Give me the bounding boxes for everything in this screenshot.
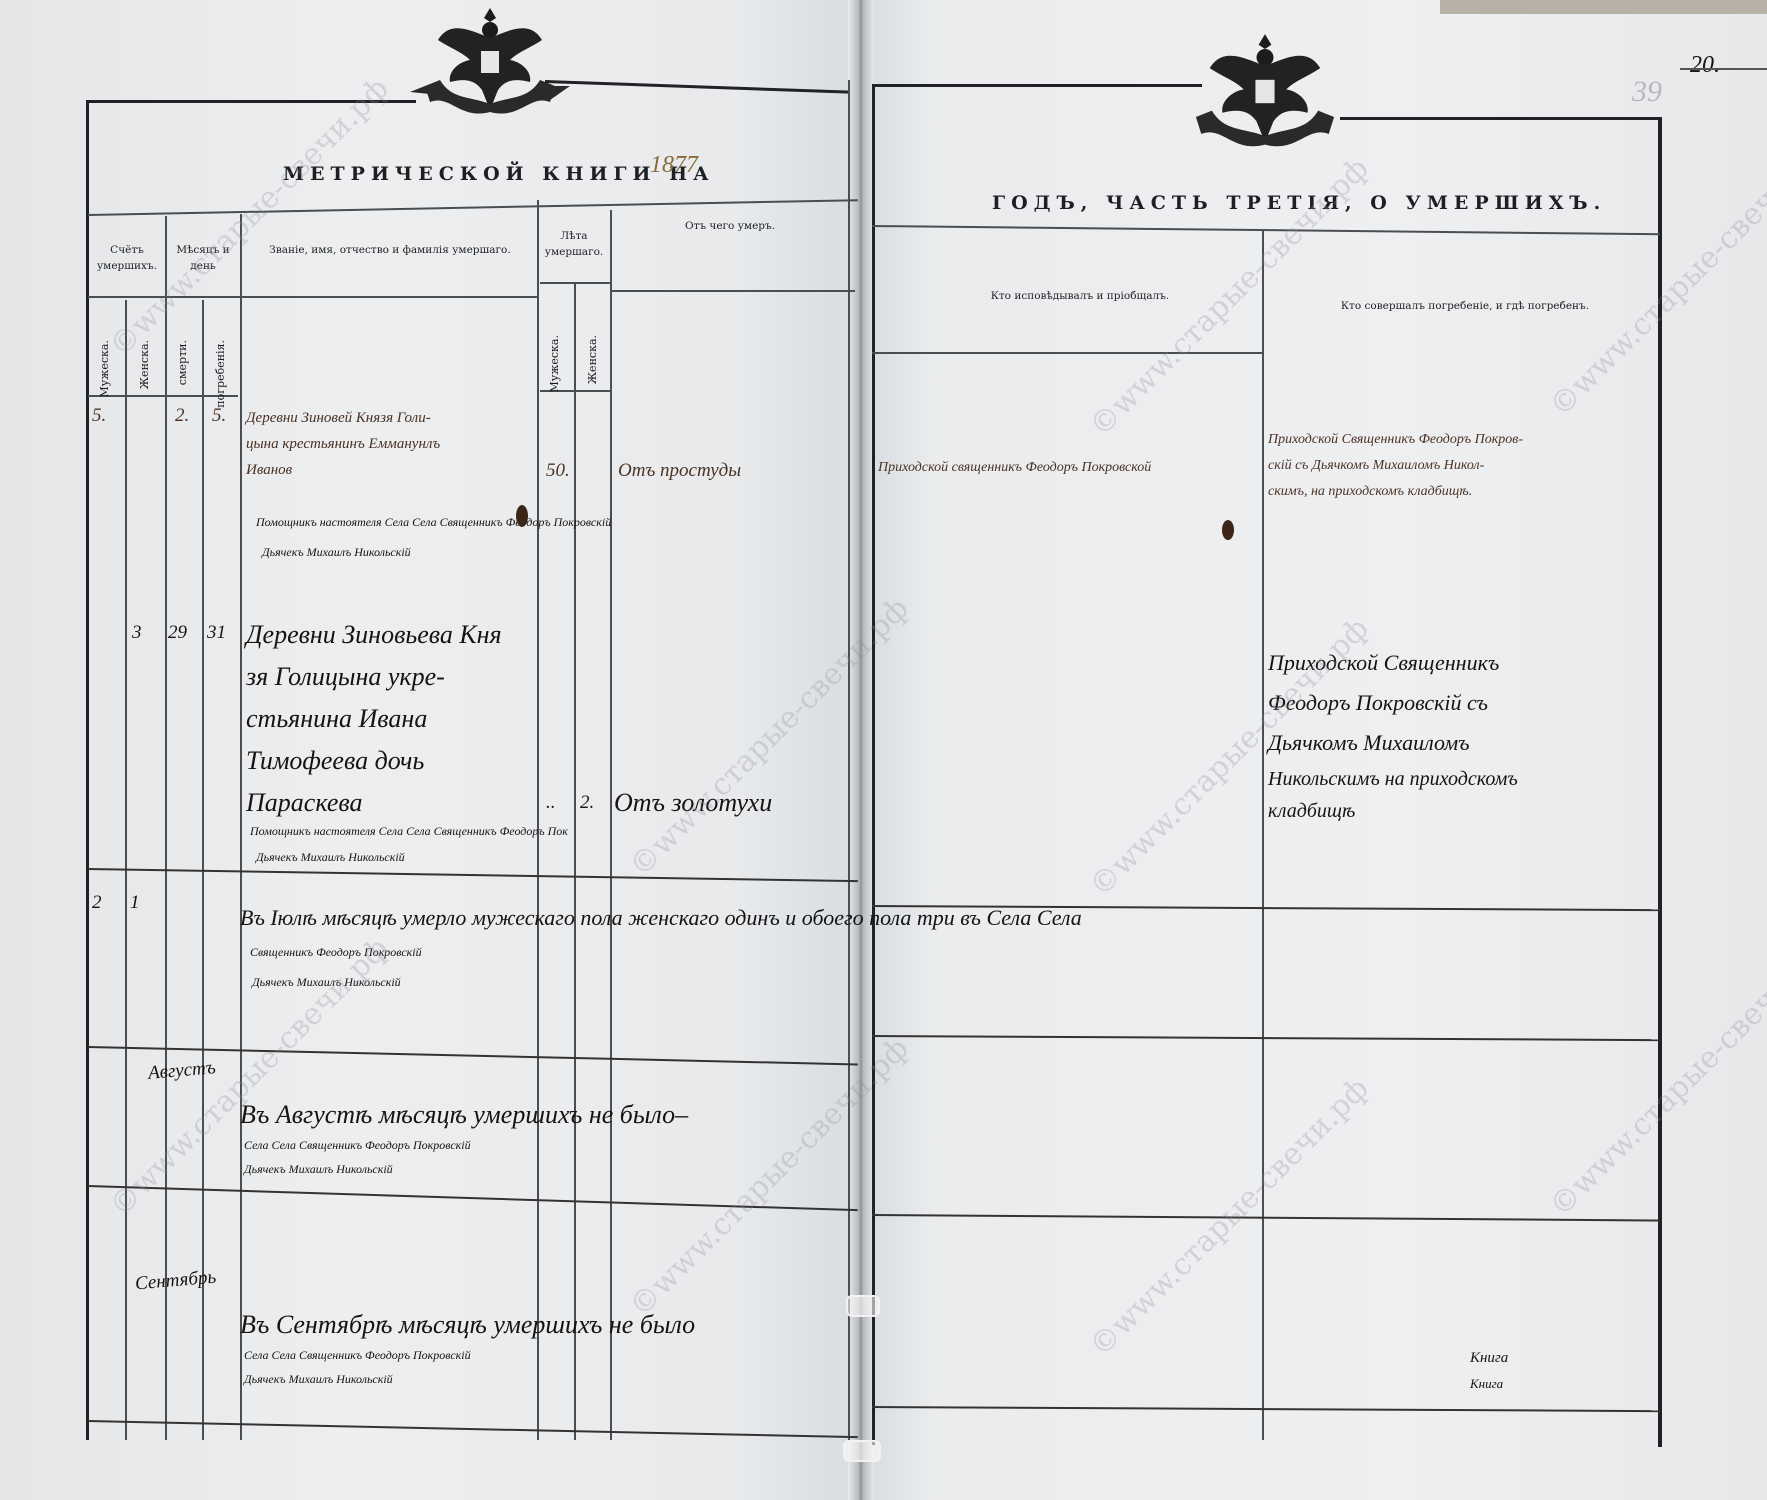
note-line: Дьячекъ Михаилъ Никольскій	[256, 850, 405, 865]
note-line: Дьячекъ Михаилъ Никольскій	[244, 1162, 393, 1177]
year-handwritten: 1877	[650, 152, 698, 179]
subheader-count-female: Женска.	[138, 340, 151, 389]
imperial-eagle-emblem-icon	[410, 0, 570, 140]
burial-by-line: Приходской Священникъ Феодоръ Покров-	[1268, 432, 1523, 448]
subheader-death: смерти.	[176, 340, 189, 385]
col-header-name: Званіе, имя, отчество и фамилія умершаго…	[260, 242, 520, 258]
burial-day: 5.	[212, 405, 226, 427]
name-line: Деревни Зиновей Князя Голи-	[246, 410, 431, 427]
burial-by-line: Никольскимъ на приходскомъ	[1268, 768, 1518, 791]
burial-day: 31	[207, 622, 226, 644]
col-divider	[610, 210, 612, 1440]
note-line: Села Села Священникъ Феодоръ Покровскій	[244, 1138, 471, 1153]
col-header-age: Лѣта умершаго.	[540, 228, 608, 260]
cause-of-death: Отъ простуды	[618, 460, 741, 482]
note-line: Помощникъ настоятеля Села Села Священник…	[256, 515, 611, 530]
name-line: Параскева	[246, 788, 362, 818]
right-page-title: ГОДЪ, ЧАСТЬ ТРЕТІЯ, О УМЕРШИХЪ.	[992, 192, 1606, 214]
right-frame-left-border	[872, 85, 875, 1445]
margin-note: Книга	[1470, 1350, 1508, 1367]
right-frame-right-border	[1658, 117, 1662, 1447]
left-frame-border	[86, 100, 89, 1440]
ink-stain	[516, 505, 528, 527]
summary-text: Въ Сентябрѣ мѣсяцѣ умершихъ не было	[240, 1310, 695, 1340]
note-line: Села Села Священникъ Феодоръ Покровскій	[244, 1348, 471, 1363]
burial-by-line: Приходской Священникъ	[1268, 650, 1499, 676]
right-frame-top-left	[872, 84, 1202, 87]
note-line: Священникъ Феодоръ Покровскій	[250, 945, 422, 960]
burial-by-line: Феодоръ Покровскій съ	[1268, 690, 1488, 716]
col-divider	[165, 216, 167, 1440]
page-edge-strip	[1440, 0, 1767, 14]
header-mid-rule	[88, 296, 538, 298]
summary-text: Въ Августѣ мѣсяцѣ умершихъ не было–	[240, 1100, 688, 1130]
summary-text: Въ Іюлѣ мѣсяцѣ умерло мужескаго пола жен…	[240, 905, 1082, 931]
note-line: Дьячекъ Михаилъ Никольскій	[244, 1372, 393, 1387]
burial-by-line: Дьячкомъ Михаиломъ	[1268, 730, 1470, 756]
left-frame-top	[86, 100, 416, 103]
right-frame-top-right	[1340, 117, 1660, 120]
note-line: Дьячекъ Михаилъ Никольскій	[252, 975, 401, 990]
subheader-count-male: Мужеска.	[98, 340, 111, 397]
count-female: 1	[130, 892, 140, 914]
col-header-burial-by: Кто совершалъ погребеніе, и гдѣ погребен…	[1290, 298, 1640, 314]
book-spine	[848, 0, 874, 1500]
name-line: Деревни Зиновьева Кня	[246, 620, 502, 650]
col-divider	[537, 200, 539, 1440]
page-number: 20.	[1690, 52, 1720, 79]
name-line: зя Голицына укре-	[246, 662, 445, 692]
death-day: 29	[168, 622, 187, 644]
col-header-confessor: Кто исповѣдывалъ и пріобщалъ.	[930, 288, 1230, 304]
burial-by-line: скій съ Дьячкомъ Михаиломъ Никол-	[1268, 458, 1484, 474]
age-female: 2.	[580, 792, 594, 814]
col-header-month-day: Мѣсяцъ и день	[168, 242, 238, 274]
col-divider	[1262, 230, 1264, 1440]
margin-note: Книга	[1470, 1376, 1503, 1392]
count-male: 2	[92, 892, 102, 914]
count-male: 5.	[92, 405, 106, 427]
confessor: Приходской священникъ Феодоръ Покровской	[878, 460, 1151, 476]
col-divider	[574, 284, 576, 1440]
name-line: Тимофеева дочь	[246, 746, 424, 776]
col-divider	[848, 80, 850, 1440]
imperial-eagle-emblem-icon	[1180, 20, 1350, 180]
age-male: ..	[546, 792, 556, 814]
subheader-age-female: Женска.	[586, 335, 599, 384]
binding-thread	[843, 1440, 881, 1462]
subheader-age-male: Мужеска.	[548, 335, 561, 392]
name-line: стьянина Ивана	[246, 704, 427, 734]
subheader-burial: погребенія.	[214, 340, 227, 408]
right-subheader-rule	[872, 352, 1262, 354]
col-header-count: Счётъ умершихъ.	[90, 242, 164, 274]
name-line: цына крестьянинъ Емманунлъ	[246, 436, 440, 453]
name-line: Иванов	[246, 462, 292, 479]
ink-stain	[1222, 520, 1234, 540]
col-header-cause: Отъ чего умеръ.	[640, 218, 820, 234]
note-line: Помощникъ настоятеля Села Села Священник…	[250, 824, 568, 839]
burial-by-line: кладбищѣ	[1268, 800, 1355, 823]
cause-header-rule	[610, 290, 855, 292]
cause-of-death: Отъ золотухи	[614, 788, 772, 818]
col-divider	[240, 214, 242, 1440]
burial-by-line: скимъ, на приходскомъ кладбищѣ.	[1268, 484, 1472, 500]
note-line: Дьячекъ Михаилъ Никольскій	[262, 545, 411, 560]
age-male: 50.	[546, 460, 570, 482]
page-number-underline	[1680, 68, 1767, 70]
archive-page-number: 39	[1632, 75, 1662, 109]
binding-thread	[846, 1295, 880, 1317]
count-female: 3	[132, 622, 142, 644]
death-day: 2.	[175, 405, 189, 427]
